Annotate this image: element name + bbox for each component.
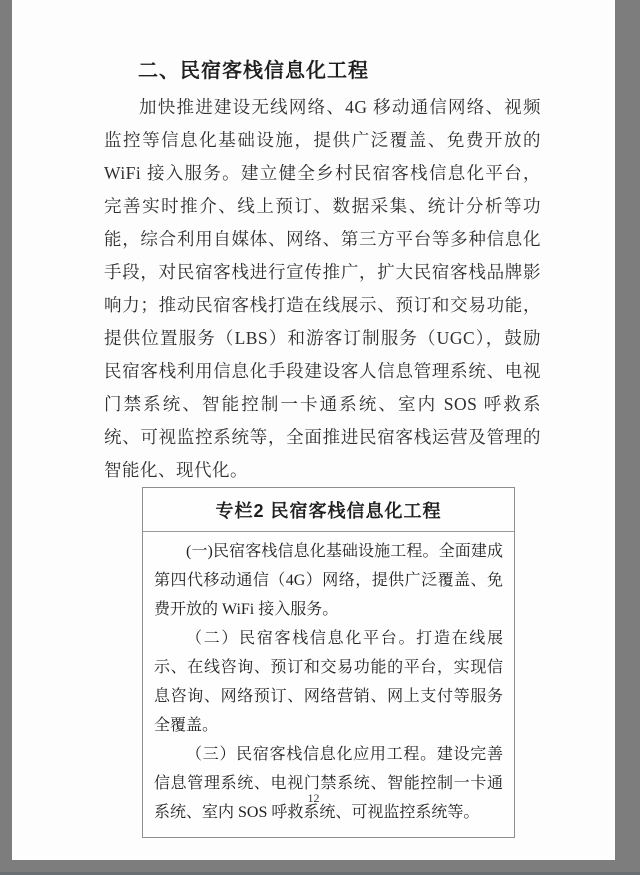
page-number: 12 [12,791,615,806]
callout-item-3: （三）民宿客栈信息化应用工程。建设完善信息管理系统、电视门禁系统、智能控制一卡通… [154,740,503,827]
callout-box-header: 专栏2 民宿客栈信息化工程 [143,488,514,532]
callout-box: 专栏2 民宿客栈信息化工程 (一)民宿客栈信息化基础设施工程。全面建成第四代移动… [142,487,515,838]
callout-box-title: 专栏2 民宿客栈信息化工程 [215,501,441,521]
document-page: 二、民宿客栈信息化工程 加快推进建设无线网络、4G 移动通信网络、视频监控等信息… [12,0,615,860]
scan-background-band [0,860,640,875]
scanned-document-page: { "doc": { "heading": "二、民宿客栈信息化工程", "pa… [0,0,640,875]
section-heading: 二、民宿客栈信息化工程 [138,54,369,83]
callout-item-1: (一)民宿客栈信息化基础设施工程。全面建成第四代移动通信（4G）网络，提供广泛覆… [154,537,503,624]
body-paragraph: 加快推进建设无线网络、4G 移动通信网络、视频监控等信息化基础设施，提供广泛覆盖… [104,91,541,487]
callout-item-2: （二）民宿客栈信息化平台。打造在线展示、在线咨询、预订和交易功能的平台，实现信息… [154,624,503,740]
